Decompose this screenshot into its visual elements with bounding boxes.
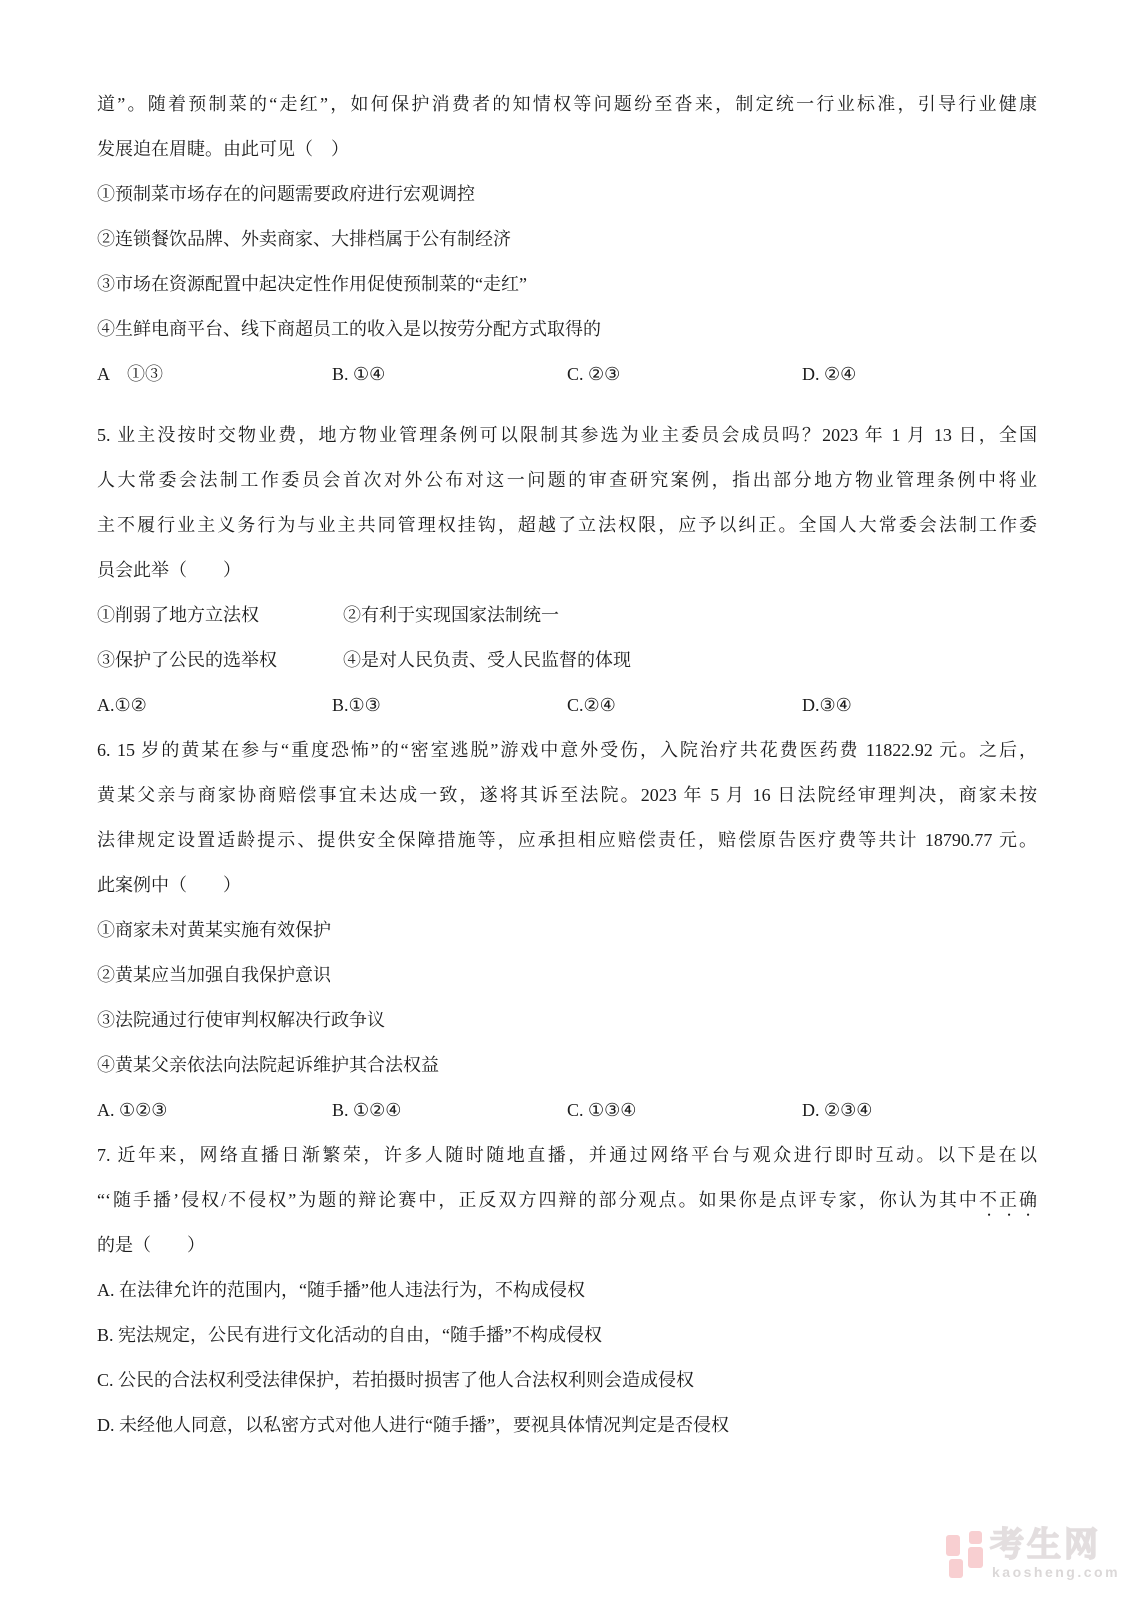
question-6-choice-c: C. ①③④ (567, 1088, 802, 1133)
question-6-choice-a: A. ①②③ (97, 1088, 332, 1133)
question-6-statement-3: ③法院通过行使审判权解决行政争议 (97, 998, 1037, 1043)
kaosheng-logo-icon (940, 1530, 988, 1582)
question-5-statement-2: ②有利于实现国家法制统一 (343, 605, 559, 625)
question-5-text-line-3: 主不履行业主义务行为与业主共同管理权挂钩，超越了立法权限，应予以纠正。全国人大常… (97, 503, 1037, 548)
question-5-statement-1: ①削弱了地方立法权 (97, 593, 343, 638)
question-4-text-line-1: 道”。随着预制菜的“走红”，如何保护消费者的知情权等问题纷至沓来，制定统一行业标… (97, 82, 1037, 127)
question-6: 6. 15 岁的黄某在参与“重度恐怖”的“密室逃脱”游戏中意外受伤，入院治疗共花… (97, 728, 1037, 1133)
kaosheng-watermark: 考生网 kaosheng.com (940, 1526, 1125, 1588)
question-4-statement-1: ①预制菜市场存在的问题需要政府进行宏观调控 (97, 172, 1037, 217)
question-4-text-line-2: 发展迫在眉睫。由此可见（ ） (97, 127, 1037, 172)
question-5-choice-a: A.①② (97, 683, 332, 728)
question-5-choice-c: C.②④ (567, 683, 802, 728)
question-7-emphasized-text: 不正确 (979, 1190, 1037, 1210)
question-6-text-line-3: 法律规定设置适龄提示、提供安全保障措施等，应承担相应赔偿责任，赔偿原告医疗费等共… (97, 818, 1037, 863)
question-5-text-line-2: 人大常委会法制工作委员会首次对外公布对这一问题的审查研究案例，指出部分地方物业管… (97, 458, 1037, 503)
question-5-text-line-1: 5. 业主没按时交物业费，地方物业管理条例可以限制其参选为业主委员会成员吗？20… (97, 413, 1037, 458)
question-4-choice-b: B. ①④ (332, 352, 567, 397)
question-5-choice-d: D.③④ (802, 683, 1037, 728)
question-4-statement-2: ②连锁餐饮品牌、外卖商家、大排档属于公有制经济 (97, 217, 1037, 262)
question-5-choice-row: A.①② B.①③ C.②④ D.③④ (97, 683, 1037, 728)
question-5-statement-3: ③保护了公民的选举权 (97, 638, 343, 683)
question-7-text-line-3: 的是（ ） (97, 1223, 1037, 1268)
logo-block-bottom-left (949, 1559, 963, 1578)
watermark-site-url: kaosheng.com (992, 1564, 1120, 1580)
question-4-statement-3: ③市场在资源配置中起决定性作用促使预制菜的“走红” (97, 262, 1037, 307)
question-6-text-line-4: 此案例中（ ） (97, 863, 1037, 908)
question-4-continuation: 道”。随着预制菜的“走红”，如何保护消费者的知情权等问题纷至沓来，制定统一行业标… (97, 82, 1037, 397)
question-4-choice-a: A ①③ (97, 352, 332, 397)
logo-block-bottom-right (968, 1547, 983, 1568)
question-7-text-line-2-body: “‘随手播’侵权/不侵权”为题的辩论赛中，正反双方四辩的部分观点。如果你是点评专… (97, 1190, 979, 1210)
question-6-text-line-2: 黄某父亲与商家协商赔偿事宜未达成一致，遂将其诉至法院。2023 年 5 月 16… (97, 773, 1037, 818)
question-4-choice-c: C. ②③ (567, 352, 802, 397)
question-7-choice-b: B. 宪法规定，公民有进行文化活动的自由，“随手播”不构成侵权 (97, 1313, 1037, 1358)
watermark-site-name: 考生网 (990, 1527, 1101, 1563)
question-4-choice-d: D. ②④ (802, 352, 1037, 397)
question-7-choice-d: D. 未经他人同意，以私密方式对他人进行“随手播”，要视具体情况判定是否侵权 (97, 1403, 1037, 1448)
question-5-choice-b: B.①③ (332, 683, 567, 728)
question-5-statement-pair-2: ③保护了公民的选举权④是对人民负责、受人民监督的体现 (97, 638, 1037, 683)
question-7-choice-a: A. 在法律允许的范围内，“随手播”他人违法行为，不构成侵权 (97, 1268, 1037, 1313)
question-6-statement-4: ④黄某父亲依法向法院起诉维护其合法权益 (97, 1043, 1037, 1088)
question-5-statement-pair-1: ①削弱了地方立法权②有利于实现国家法制统一 (97, 593, 1037, 638)
question-6-choice-b: B. ①②④ (332, 1088, 567, 1133)
exam-content: 道”。随着预制菜的“走红”，如何保护消费者的知情权等问题纷至沓来，制定统一行业标… (97, 82, 1037, 1448)
question-7: 7. 近年来，网络直播日渐繁荣，许多人随时随地直播，并通过网络平台与观众进行即时… (97, 1133, 1037, 1448)
question-4-choice-row: A ①③ B. ①④ C. ②③ D. ②④ (97, 352, 1037, 397)
question-5-statement-4: ④是对人民负责、受人民监督的体现 (343, 650, 631, 670)
question-6-statement-1: ①商家未对黄某实施有效保护 (97, 908, 1037, 953)
question-6-text-line-1: 6. 15 岁的黄某在参与“重度恐怖”的“密室逃脱”游戏中意外受伤，入院治疗共花… (97, 728, 1037, 773)
question-7-text-line-1: 7. 近年来，网络直播日渐繁荣，许多人随时随地直播，并通过网络平台与观众进行即时… (97, 1133, 1037, 1178)
question-7-text-line-2: “‘随手播’侵权/不侵权”为题的辩论赛中，正反双方四辩的部分观点。如果你是点评专… (97, 1178, 1037, 1223)
question-4-statement-4: ④生鲜电商平台、线下商超员工的收入是以按劳分配方式取得的 (97, 307, 1037, 352)
logo-block-top-right (969, 1531, 982, 1544)
question-6-choice-d: D. ②③④ (802, 1088, 1037, 1133)
question-7-choice-c: C. 公民的合法权利受法律保护，若拍摄时损害了他人合法权利则会造成侵权 (97, 1358, 1037, 1403)
question-6-statement-2: ②黄某应当加强自我保护意识 (97, 953, 1037, 998)
question-5: 5. 业主没按时交物业费，地方物业管理条例可以限制其参选为业主委员会成员吗？20… (97, 413, 1037, 728)
logo-block-top-left (946, 1535, 960, 1556)
question-6-choice-row: A. ①②③ B. ①②④ C. ①③④ D. ②③④ (97, 1088, 1037, 1133)
question-5-text-line-4: 员会此举（ ） (97, 548, 1037, 593)
exam-page: 道”。随着预制菜的“走红”，如何保护消费者的知情权等问题纷至沓来，制定统一行业标… (0, 0, 1131, 1600)
